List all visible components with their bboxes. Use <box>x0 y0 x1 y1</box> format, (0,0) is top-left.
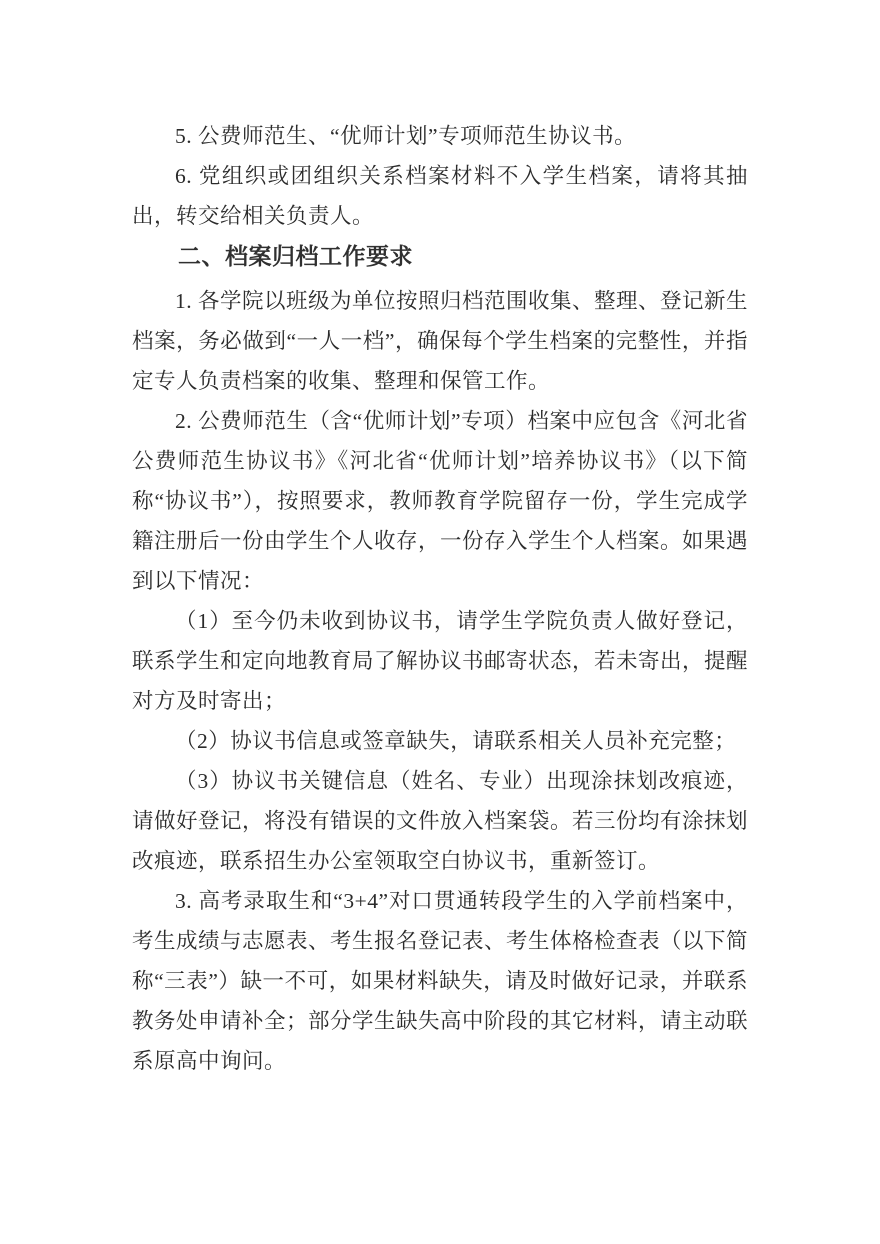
list-item-1: 1. 各学院以班级为单位按照归档范围收集、整理、登记新生档案，务必做到“一人一档… <box>132 281 748 401</box>
list-item-2: 2. 公费师范生（含“优师计划”专项）档案中应包含《河北省公费师范生协议书》《河… <box>132 401 748 601</box>
sub-item-3: （3）协议书关键信息（姓名、专业）出现涂抹划改痕迹，请做好登记，将没有错误的文件… <box>132 761 748 881</box>
document-content: 5. 公费师范生、“优师计划”专项师范生协议书。 6. 党组织或团组织关系档案材… <box>132 116 748 1081</box>
list-item-6: 6. 党组织或团组织关系档案材料不入学生档案，请将其抽出，转交给相关负责人。 <box>132 156 748 236</box>
list-item-3: 3. 高考录取生和“3+4”对口贯通转段学生的入学前档案中，考生成绩与志愿表、考… <box>132 881 748 1081</box>
document-page: 5. 公费师范生、“优师计划”专项师范生协议书。 6. 党组织或团组织关系档案材… <box>0 0 880 1244</box>
section-heading-archive-requirements: 二、档案归档工作要求 <box>132 236 748 276</box>
list-item-5: 5. 公费师范生、“优师计划”专项师范生协议书。 <box>132 116 748 156</box>
sub-item-1: （1）至今仍未收到协议书，请学生学院负责人做好登记，联系学生和定向地教育局了解协… <box>132 601 748 721</box>
sub-item-2: （2）协议书信息或签章缺失，请联系相关人员补充完整； <box>132 721 748 761</box>
